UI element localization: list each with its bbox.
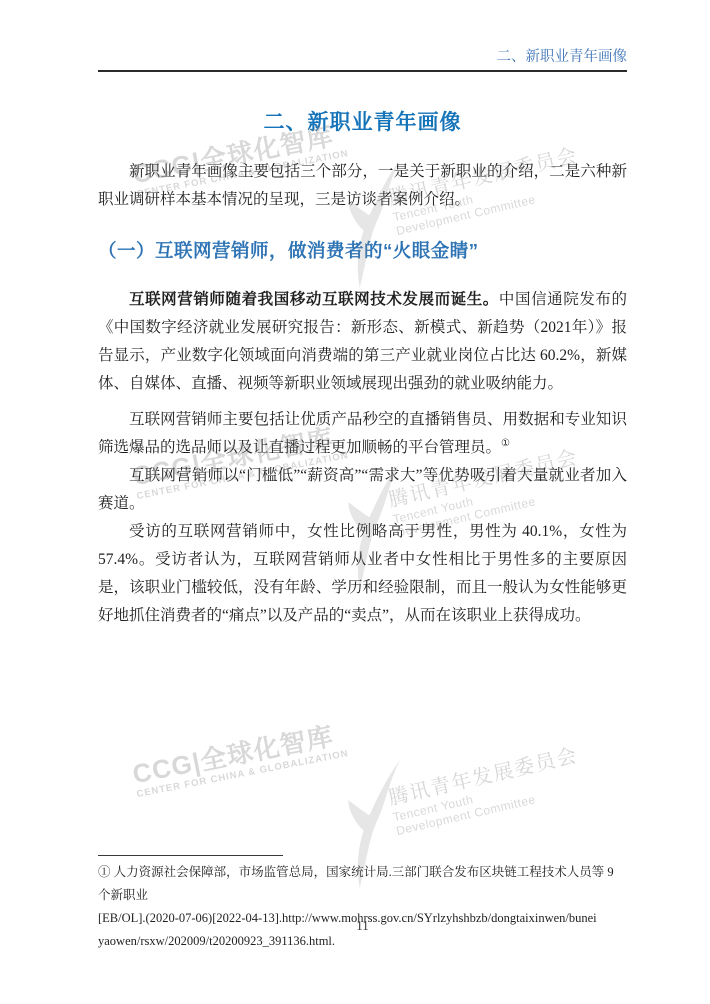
paragraph-marketer-roles: 互联网营销师主要包括让优质产品秒空的直播销售员、用数据和专业知识筛选爆品的选品师… xyxy=(98,406,627,462)
paragraph-gender-stats: 受访的互联网营销师中，女性比例略高于男性，男性为 40.1%，女性为57.4%。… xyxy=(98,518,627,630)
content-area: 新职业青年画像主要包括三个部分，一是关于新职业的介绍，二是六种新职业调研样本基本… xyxy=(98,158,627,630)
paragraph-text: 互联网营销师主要包括让优质产品秒空的直播销售员、用数据和专业知识筛选爆品的选品师… xyxy=(98,411,627,456)
watermark-tencent-subtitle: Development Committee xyxy=(395,781,587,838)
intro-paragraph: 新职业青年画像主要包括三个部分，一是关于新职业的介绍，二是六种新职业调研样本基本… xyxy=(98,158,627,214)
page-number: 11 xyxy=(98,918,627,934)
watermark-tencent-text: 腾讯青年发展委员会 xyxy=(386,744,580,811)
document-page: CCG|全球化智库 CENTER FOR CHINA & GLOBALIZATI… xyxy=(0,0,710,1004)
footnote-line: ① 人力资源社会保障部，市场监管总局，国家统计局.三部门联合发布区块链工程技术人… xyxy=(98,861,627,907)
watermark-ccg-subtitle: CENTER FOR CHINA & GLOBALIZATION xyxy=(136,747,350,801)
watermark-tencent-logo: 腾讯青年发展委员会 Tencent Youth Development Comm… xyxy=(386,744,586,838)
watermark-tencent-subtitle: Tencent Youth xyxy=(392,767,584,824)
section-heading: （一）互联网营销师，做消费者的“火眼金睛” xyxy=(98,238,627,264)
footnote-divider xyxy=(98,855,283,856)
page-header: 二、新职业青年画像 xyxy=(98,49,627,72)
paragraph-advantages: 互联网营销师以“门槛低”“薪资高”“需求大”等优势吸引着大量就业者加入赛道。 xyxy=(98,462,627,518)
page-title: 二、新职业青年画像 xyxy=(98,108,627,138)
header-breadcrumb: 二、新职业青年画像 xyxy=(497,49,628,65)
paragraph-lead-bold: 互联网营销师随着我国移动互联网技术发展而诞生。 xyxy=(129,291,499,308)
watermark-ccg-text: CCG|全球化智库 xyxy=(130,720,347,789)
footnote-ref: ① xyxy=(501,438,510,449)
watermark-ccg-logo: CCG|全球化智库 CENTER FOR CHINA & GLOBALIZATI… xyxy=(130,720,350,801)
paragraph-marketer-origin: 互联网营销师随着我国移动互联网技术发展而诞生。中国信通院发布的《中国数字经济就业… xyxy=(98,286,627,398)
footnote: ① 人力资源社会保障部，市场监管总局，国家统计局.三部门联合发布区块链工程技术人… xyxy=(98,861,627,953)
